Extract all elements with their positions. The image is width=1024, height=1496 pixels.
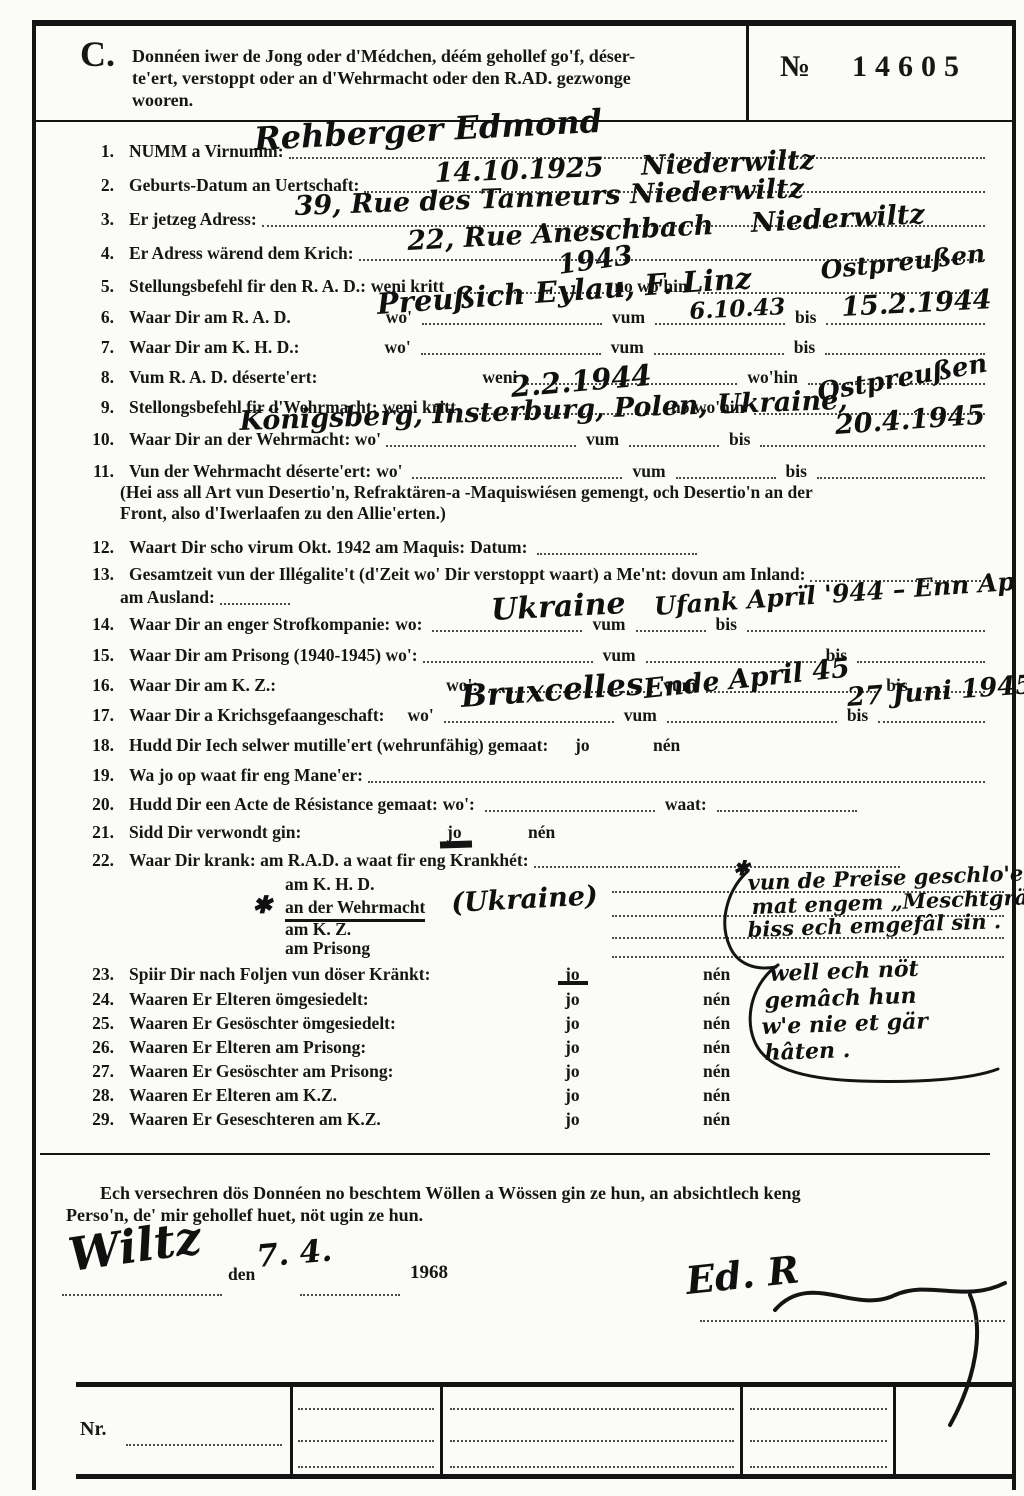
row-number: 9. [40, 397, 123, 418]
row-label: Er Adress wärend dem Krich: [129, 243, 354, 264]
row-number: 1. [40, 141, 123, 162]
field-label-wo: wo: [395, 614, 422, 635]
option-jo: jo [565, 1037, 580, 1058]
row-label: Gesamtzeit vun der Illégalite't (d'Zeit … [129, 564, 805, 585]
row-label: Waaren Er Gesöschter ömgesiedelt: [129, 1013, 396, 1034]
dotted-line [654, 353, 784, 355]
dotted-line [423, 661, 593, 663]
row-label: Waar Dir am K. Z.: [129, 675, 276, 696]
field-label-wo: wo': [443, 794, 475, 815]
form-number-label: № [780, 56, 810, 78]
row-number: 27. [40, 1061, 123, 1082]
field-label-waat: waat: [665, 794, 707, 815]
declaration-line1: Ech versechren dös Donnéen no beschtem W… [100, 1183, 801, 1204]
form-row-11: 11. Vun der Wehrmacht déserte'ert: wo' v… [40, 459, 990, 482]
row-number: 17. [40, 705, 123, 726]
row-label: Wa jo op waat fir eng Mane'er: [129, 765, 363, 786]
row-label: Er jetzeg Adress: [129, 209, 257, 230]
den-label: den [228, 1264, 255, 1285]
dotted-line [700, 1320, 1005, 1322]
section-letter: C. [80, 44, 115, 66]
row-label: Waar Dir am K. H. D.: [129, 337, 299, 358]
field-label-bis: bis [794, 337, 815, 358]
dotted-line [636, 630, 706, 632]
row-number: 12. [40, 537, 123, 558]
row-label: Sidd Dir verwondt gin: [129, 822, 301, 843]
row-number: 5. [40, 276, 123, 297]
dotted-line [298, 1440, 434, 1442]
row-number: 4. [40, 243, 123, 264]
dotted-line [537, 553, 697, 555]
field-label-vum: vum [603, 645, 636, 666]
dotted-line [298, 1466, 434, 1468]
row-number: 14. [40, 614, 123, 635]
row-number: 20. [40, 794, 123, 815]
field-label-bis: bis [729, 429, 750, 450]
row-label: Waar Dir krank: am R.A.D. a waat fir eng… [129, 850, 529, 871]
nr-label: Nr. [80, 1418, 106, 1441]
handwritten-ukraine: (Ukraine) [451, 882, 599, 917]
table-divider [440, 1387, 443, 1475]
row-label: Waaren Er Geseschteren am K.Z. [129, 1109, 381, 1130]
form-row-19: 19. Wa jo op waat fir eng Mane'er: [40, 763, 990, 786]
page-border-top [32, 20, 1016, 26]
option-jo: jo [565, 1109, 580, 1130]
form-title-line1: Donnéen iwer de Jong oder d'Médchen, déé… [132, 46, 635, 68]
handwritten-asterisk: ✱ [252, 893, 272, 917]
row-number: 18. [40, 735, 123, 756]
row-22-sub-khd: am K. H. D. [285, 874, 374, 895]
dotted-line [750, 1408, 887, 1410]
row-label: Waaren Er Elteren am Prisong: [129, 1037, 366, 1058]
handwritten-rad-from: 6.10.43 [689, 295, 786, 323]
dotted-line [750, 1466, 887, 1468]
dotted-line [450, 1408, 734, 1410]
row-number: 28. [40, 1085, 123, 1106]
section-divider [40, 1153, 990, 1155]
row-22-sub-prisong: am Prisong [285, 938, 370, 959]
dotted-line [747, 630, 985, 632]
handwritten-date: 7. 4. [255, 1236, 333, 1273]
form-row-7: 7. Waar Dir am K. H. D.: wo' vum bis [40, 335, 990, 358]
dotted-line [760, 445, 985, 447]
dotted-line [432, 630, 582, 632]
row-number: 7. [40, 337, 123, 358]
row-number: 13. [40, 564, 123, 585]
field-label-vum: vum [632, 461, 665, 482]
field-label-vum: vum [612, 307, 645, 328]
form-row-21: 21. Sidd Dir verwondt gin: jo nén [40, 820, 990, 843]
row-label: Hudd Dir een Acte de Résistance gemaat: [129, 794, 438, 815]
form-row-18: 18. Hudd Dir Iech selwer mutille'ert (we… [40, 733, 990, 756]
row-label: Waar Dir am Prisong (1940-1945) wo': [129, 645, 418, 666]
field-label-vum: vum [611, 337, 644, 358]
dotted-line [62, 1294, 222, 1296]
field-label-vum: vum [586, 429, 619, 450]
dotted-line [817, 477, 985, 479]
row-number: 15. [40, 645, 123, 666]
form-row-12: 12. Waart Dir scho virum Okt. 1942 am Ma… [40, 535, 990, 558]
option-jo: jo [447, 822, 462, 843]
jo-underline-mark [440, 840, 472, 848]
dotted-line [485, 810, 655, 812]
scanned-form-page: C. Donnéen iwer de Jong oder d'Médchen, … [0, 0, 1024, 1496]
option-nen: nén [528, 822, 555, 843]
row-22-sub-kz: am K. Z. [285, 919, 351, 940]
dotted-line [450, 1440, 734, 1442]
table-divider [740, 1387, 743, 1475]
annotation-curve [690, 855, 1020, 1095]
row-label: Spiir Dir nach Foljen vun döser Kränkt: [129, 964, 430, 985]
table-border-bottom [76, 1474, 1013, 1479]
dotted-line [220, 603, 290, 605]
dotted-line [386, 445, 576, 447]
row-number: 19. [40, 765, 123, 786]
dotted-line [676, 477, 776, 479]
row-22-sub-wehrmacht: an der Wehrmacht [285, 897, 425, 918]
option-nen: nén [703, 1109, 730, 1130]
row-label: Waar Dir am R. A. D. [129, 307, 291, 328]
dotted-line [878, 721, 985, 723]
row-11-note-line1: (Hei ass all Art vun Desertio'n, Refrakt… [120, 482, 813, 503]
field-label-bis: bis [795, 307, 816, 328]
dotted-line [421, 353, 601, 355]
option-nen: nén [653, 735, 680, 756]
option-jo: jo [565, 1013, 580, 1034]
dotted-line [126, 1444, 282, 1446]
row-label: Waar Dir an enger Strofkompanie: [129, 614, 390, 635]
page-border-left [32, 20, 36, 1490]
row-number: 25. [40, 1013, 123, 1034]
row-number: 26. [40, 1037, 123, 1058]
dotted-line [368, 781, 985, 783]
table-divider [290, 1387, 293, 1475]
row-number: 10. [40, 429, 123, 450]
row-number: 11. [40, 461, 123, 482]
row-number: 3. [40, 209, 123, 230]
row-number: 29. [40, 1109, 123, 1130]
dotted-line [629, 445, 719, 447]
handwritten-rad-until: 15.2.1944 [841, 286, 993, 321]
option-jo: jo [565, 1061, 580, 1082]
row-number: 16. [40, 675, 123, 696]
form-title-line3: wooren. [132, 90, 193, 112]
form-number-value: 14605 [852, 56, 967, 78]
row-number: 22. [40, 850, 123, 871]
row-number: 6. [40, 307, 123, 328]
row-number: 24. [40, 989, 123, 1010]
row-label: Vun der Wehrmacht déserte'ert: [129, 461, 371, 482]
dotted-line [300, 1294, 400, 1296]
field-label-bis: bis [716, 614, 737, 635]
row-label: Hudd Dir Iech selwer mutille'ert (wehrun… [129, 735, 548, 756]
handwritten-strof-place: Ukraine [490, 589, 626, 626]
row-label: Waar Dir a Krichsgefaangeschaft: [129, 705, 385, 726]
field-label-wo: wo' [376, 461, 402, 482]
row-number: 8. [40, 367, 123, 388]
row-label: am Ausland: [120, 587, 215, 608]
form-row-13-cont: am Ausland: [114, 585, 374, 608]
field-label-wo: wo' [384, 337, 410, 358]
form-row-20: 20. Hudd Dir een Acte de Résistance gema… [40, 792, 990, 815]
field-label-wo: wo' [408, 705, 434, 726]
year-printed: 1968 [410, 1262, 448, 1284]
dotted-line [750, 1440, 887, 1442]
row-number: 2. [40, 175, 123, 196]
field-label-datum: Datum: [470, 537, 527, 558]
dotted-line [450, 1466, 734, 1468]
row-label: Waaren Er Elteren am K.Z. [129, 1085, 337, 1106]
table-divider [893, 1387, 896, 1475]
option-jo: jo [565, 989, 580, 1010]
field-label-wohin: wo'hin [747, 367, 798, 388]
row-label: Vum R. A. D. déserte'ert: [129, 367, 317, 388]
dotted-line [826, 323, 985, 325]
field-label-bis: bis [786, 461, 807, 482]
form-row-29: 29. Waaren Er Geseschteren am K.Z. jo né… [40, 1107, 990, 1130]
option-jo: jo [565, 1085, 580, 1106]
field-label-vum: vum [624, 705, 657, 726]
dotted-line [422, 323, 602, 325]
dotted-line [412, 477, 622, 479]
jo-underline-mark [558, 981, 588, 985]
dotted-line [444, 721, 614, 723]
row-label: Waaren Er Gesöschter am Prisong: [129, 1061, 393, 1082]
option-jo: jo [575, 735, 590, 756]
dotted-line [667, 721, 837, 723]
header-divider-vertical [746, 26, 749, 122]
row-label: Waaren Er Elteren ömgesiedelt: [129, 989, 369, 1010]
row-number: 21. [40, 822, 123, 843]
dotted-line [298, 1408, 434, 1410]
dotted-line [857, 661, 985, 663]
dotted-line [717, 810, 857, 812]
row-number: 23. [40, 964, 123, 985]
table-border-top [76, 1382, 1013, 1387]
row-label: Waart Dir scho virum Okt. 1942 am Maquis… [129, 537, 465, 558]
form-title-line2: te'ert, verstoppt oder an d'Wehrmacht od… [132, 68, 631, 90]
row-11-note-line2: Front, also d'Iwerlaafen zu den Allie'er… [120, 503, 446, 524]
row-label: Stellungsbefehl fir den R. A. D.: [129, 276, 366, 297]
